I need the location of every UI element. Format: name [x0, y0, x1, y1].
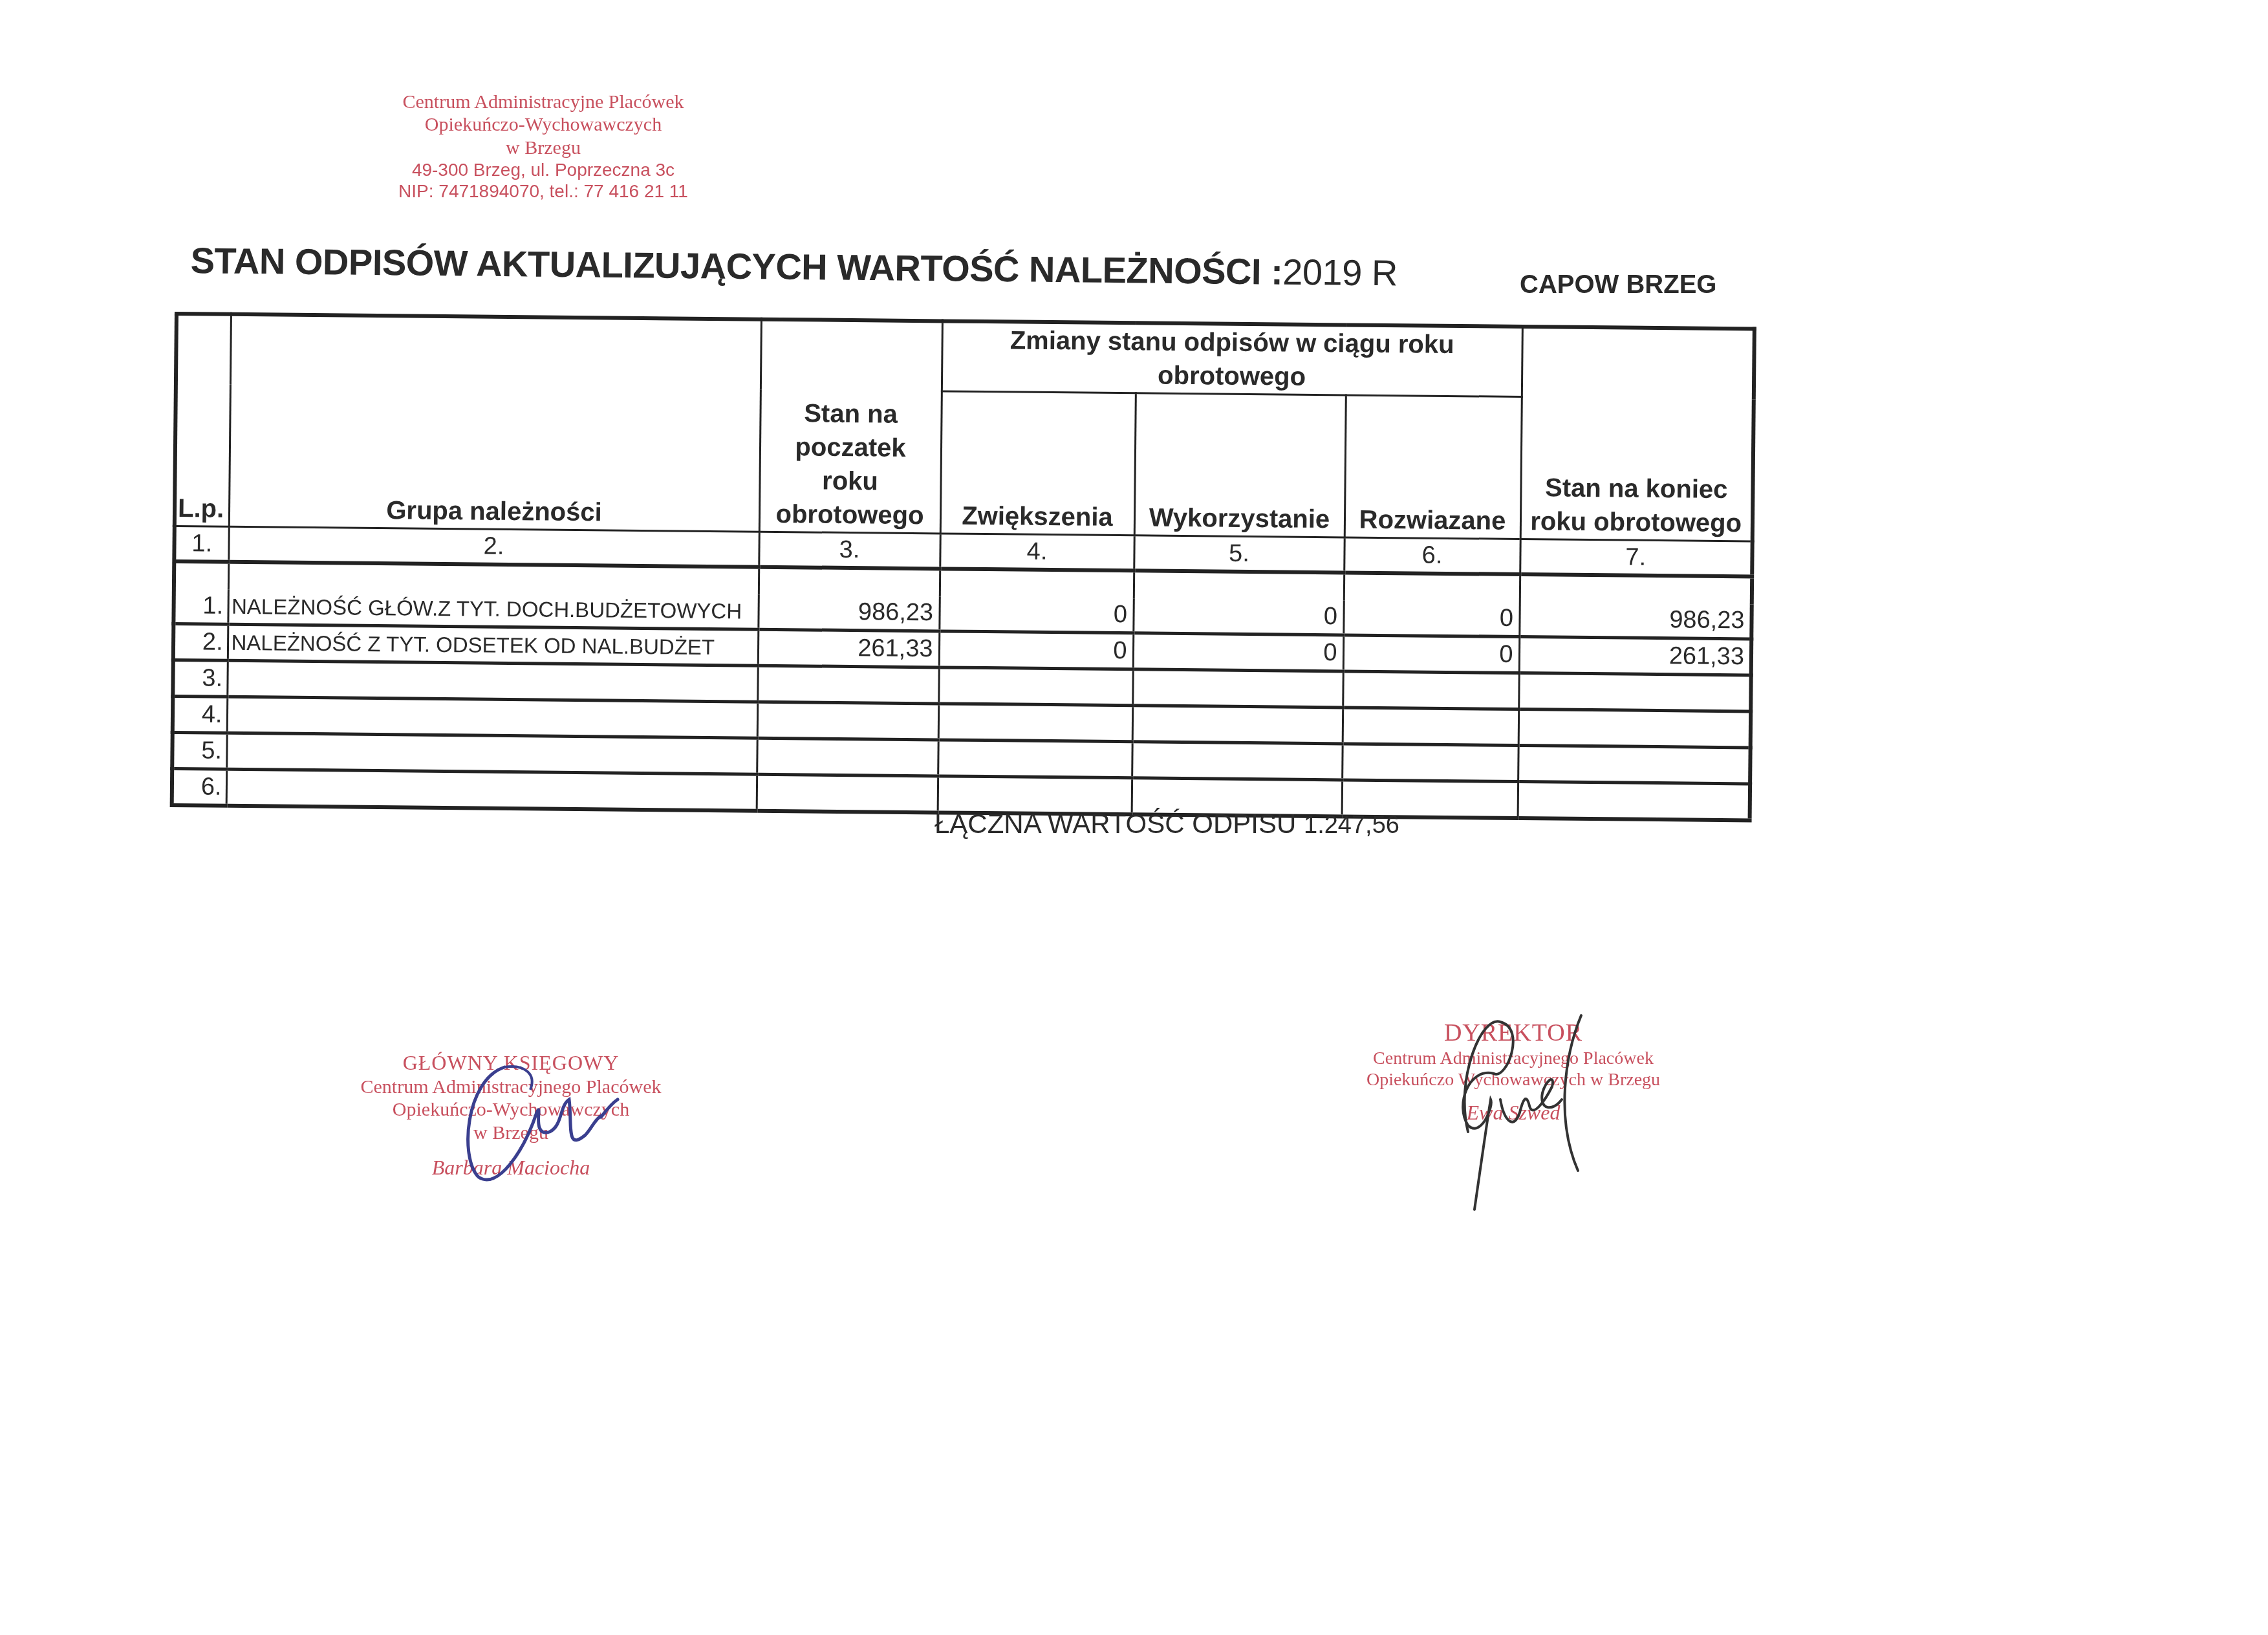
column-number: 4.	[940, 534, 1134, 570]
column-number: 3.	[759, 532, 940, 568]
spacer-cell	[174, 561, 228, 590]
stamp-line: Centrum Administracyjne Placówek	[362, 91, 724, 113]
title-separator: :	[1261, 251, 1283, 292]
row-group-name	[227, 697, 757, 738]
column-number: 7.	[1520, 539, 1753, 576]
row-released: 0	[1343, 635, 1520, 673]
row-end-value	[1518, 673, 1751, 711]
row-start-value	[757, 666, 939, 704]
spacer-cell	[1520, 574, 1752, 604]
row-released	[1343, 708, 1519, 746]
header-increases: Zwiększenia	[940, 391, 1136, 536]
column-number: 5.	[1134, 536, 1345, 573]
row-number: 5.	[172, 732, 227, 769]
stamp-tax-phone: NIP: 7471894070, tel.: 77 416 21 11	[362, 180, 724, 202]
row-increases	[938, 667, 1133, 706]
header-changes-group: Zmiany stanu odpisów w ciągu roku obroto…	[942, 321, 1522, 396]
row-used	[1132, 742, 1343, 780]
total-write-off: ŁĄCZNA WARTOŚĆ ODPISU 1.247,56	[934, 808, 1399, 839]
row-used	[1132, 669, 1343, 708]
column-number: 2.	[228, 526, 759, 567]
spacer-cell	[940, 568, 1134, 598]
total-label: ŁĄCZNA WARTOŚĆ ODPISU	[934, 808, 1296, 839]
spacer-cell	[1344, 572, 1520, 602]
row-increases: 0	[939, 596, 1133, 633]
accountant-signature-icon	[453, 1061, 673, 1190]
row-number: 2.	[173, 624, 228, 661]
column-number: 6.	[1344, 537, 1520, 574]
row-number: 6.	[172, 768, 227, 805]
row-group-name	[227, 660, 757, 702]
row-start-value	[757, 702, 939, 740]
row-increases	[938, 704, 1133, 742]
row-group-name	[226, 769, 757, 810]
row-released	[1343, 671, 1519, 709]
row-used: 0	[1133, 633, 1344, 671]
row-start-value: 261,33	[758, 629, 940, 667]
row-released	[1342, 744, 1518, 782]
row-increases	[938, 740, 1132, 778]
row-start-value	[757, 738, 938, 776]
row-used: 0	[1133, 598, 1343, 635]
row-start-value: 986,23	[758, 595, 940, 631]
row-increases: 0	[939, 631, 1134, 669]
column-number: 1.	[174, 526, 229, 562]
header-group: Grupa należności	[229, 314, 761, 532]
title-year: 2019 R	[1282, 252, 1398, 294]
row-number: 4.	[173, 697, 228, 733]
header-end: Stan na koniec roku obrotowego	[1520, 327, 1755, 541]
row-used	[1132, 706, 1343, 744]
director-signature-icon	[1442, 1002, 1610, 1222]
spacer-cell	[759, 567, 940, 597]
spacer-cell	[1134, 570, 1344, 600]
header-start: Stan na poczatek roku obrotowego	[759, 319, 942, 534]
row-number: 1.	[173, 589, 228, 624]
header-used: Wykorzystanie	[1134, 393, 1346, 537]
organization-name: CAPOW BRZEG	[1520, 270, 1716, 299]
row-start-value	[757, 774, 938, 812]
row-released: 0	[1343, 600, 1520, 636]
institution-stamp: Centrum Administracyjne Placówek Opiekuń…	[362, 91, 724, 202]
row-group-name	[226, 733, 757, 774]
row-group-name: NALEŻNOŚĆ Z TYT. ODSETEK OD NAL.BUDŻET	[228, 624, 758, 666]
stamp-line: Opiekuńczo-Wychowawczych	[362, 113, 724, 136]
document-title: STAN ODPISÓW AKTUALIZUJĄCYCH WARTOŚĆ NAL…	[190, 239, 1398, 294]
row-number: 3.	[173, 660, 228, 697]
title-text: STAN ODPISÓW AKTUALIZUJĄCYCH WARTOŚĆ NAL…	[190, 240, 1261, 292]
row-end-value	[1518, 745, 1751, 783]
write-offs-table: L.p. Grupa należności Stan na poczatek r…	[170, 312, 1753, 822]
header-lp: L.p.	[175, 314, 231, 526]
row-end-value: 986,23	[1519, 602, 1751, 639]
row-group-name: NALEŻNOŚĆ GŁÓW.Z TYT. DOCH.BUDŻETOWYCH	[228, 590, 758, 629]
row-end-value	[1518, 781, 1751, 820]
total-value: 1.247,56	[1304, 812, 1399, 839]
row-end-value: 261,33	[1519, 636, 1752, 675]
header-released: Rozwiazane	[1345, 395, 1522, 539]
row-end-value	[1518, 709, 1751, 747]
stamp-line: w Brzegu	[362, 136, 724, 159]
stamp-address: 49-300 Brzeg, ul. Poprzeczna 3c	[362, 159, 724, 180]
